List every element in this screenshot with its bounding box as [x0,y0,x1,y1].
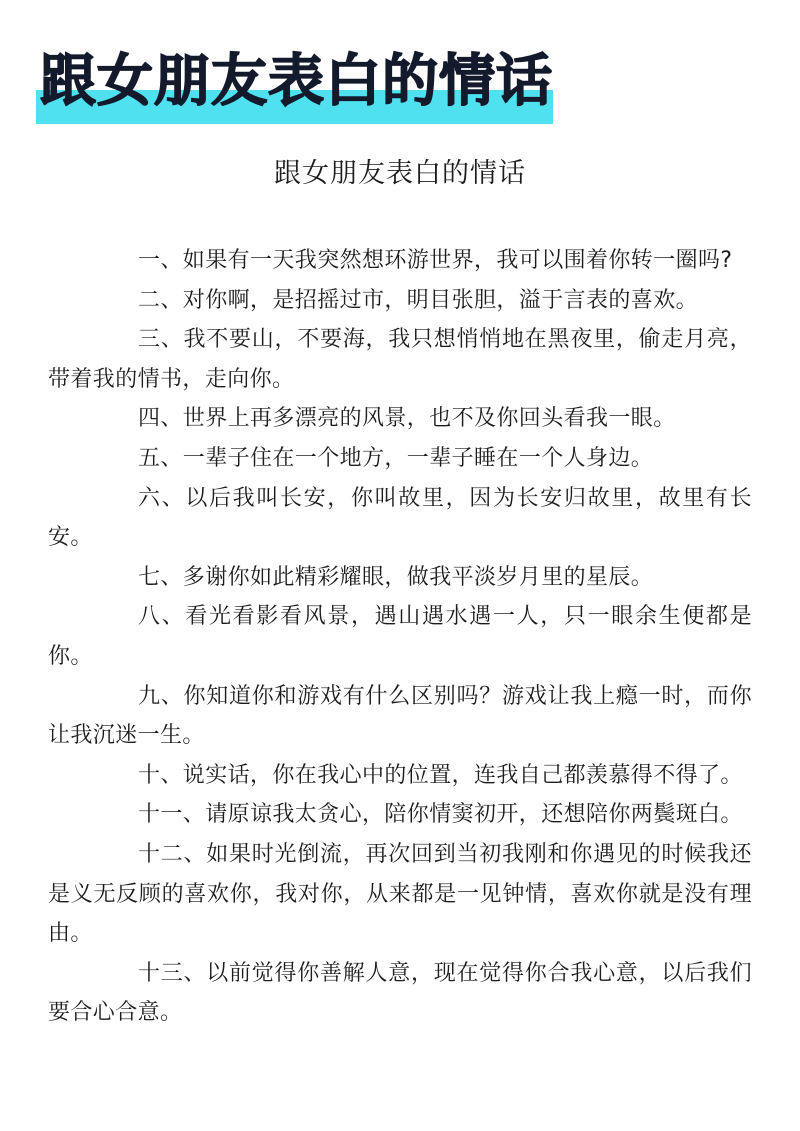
paragraph-10: 十、说实话，你在我心中的位置，连我自己都羡慕得不得了。 [48,756,752,796]
paragraph-11: 十一、请原谅我太贪心，陪你情窦初开，还想陪你两鬓斑白。 [48,795,752,835]
paragraph-5: 五、一辈子住在一个地方，一辈子睡在一个人身边。 [48,439,752,479]
document-title: 跟女朋友表白的情话 [0,154,800,194]
paragraph-3: 三、我不要山，不要海，我只想悄悄地在黑夜里，偷走月亮，带着我的情书，走向你。 [48,320,752,399]
banner-title: 跟女朋友表白的情话 [40,42,553,122]
paragraph-1: 一、如果有一天我突然想环游世界，我可以围着你转一圈吗? [48,241,752,281]
paragraph-13: 十三、以前觉得你善解人意，现在觉得你合我心意，以后我们要合心合意。 [48,954,752,1033]
paragraph-4: 四、世界上再多漂亮的风景，也不及你回头看我一眼。 [48,399,752,439]
paragraph-9: 九、你知道你和游戏有什么区别吗？游戏让我上瘾一时，而你让我沉迷一生。 [48,677,752,756]
paragraph-8: 八、看光看影看风景，遇山遇水遇一人，只一眼余生便都是你。 [48,597,752,676]
paragraph-7: 七、多谢你如此精彩耀眼，做我平淡岁月里的星辰。 [48,558,752,598]
document-body: 一、如果有一天我突然想环游世界，我可以围着你转一圈吗? 二、对你啊，是招摇过市，… [48,241,752,1033]
paragraph-2: 二、对你啊，是招摇过市，明目张胆，溢于言表的喜欢。 [48,281,752,321]
paragraph-12: 十二、如果时光倒流，再次回到当初我刚和你遇见的时候我还是义无反顾的喜欢你，我对你… [48,835,752,954]
banner-header: 跟女朋友表白的情话 [36,40,556,130]
paragraph-6: 六、以后我叫长安，你叫故里，因为长安归故里，故里有长安。 [48,479,752,558]
